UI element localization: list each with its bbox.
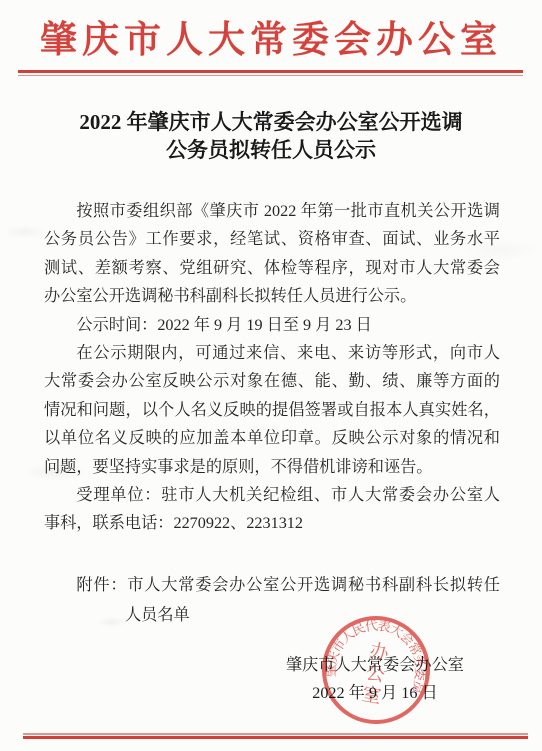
seal-center-char-2: 公 bbox=[364, 662, 386, 686]
divider-thick-line bbox=[23, 736, 528, 739]
paragraph-line: 情况和问题，以个人名义反映的提倡签署或自报本人真实姓名， bbox=[44, 396, 500, 424]
accepting-unit-line: 受理单位：驻市人大机关纪检组、市人大常委会办公室人 bbox=[44, 481, 500, 509]
paragraph-line: 测试、差额考察、党组研究、体检等程序，现对市人大常委会 bbox=[44, 254, 500, 282]
divider-thick-line bbox=[18, 70, 523, 73]
document-title-line-2: 公务员拟转任人员公示 bbox=[0, 136, 542, 164]
letterhead-org-name: 肇庆市人大常委会办公室 bbox=[0, 18, 542, 64]
paragraph-line: 问题，要坚持实事求是的原则，不得借机诽谤和诬告。 bbox=[44, 453, 500, 481]
contact-phone-line: 事科，联系电话：2270922、2231312 bbox=[44, 509, 500, 537]
attachment-line-1: 附件：市人大常委会办公室公开选调秘书科副科长拟转任 bbox=[44, 570, 500, 600]
seal-center-char-3: 室 bbox=[360, 683, 383, 708]
footer-divider bbox=[23, 733, 528, 739]
paragraph-line: 大常委会办公室反映公示对象在德、能、勤、绩、廉等方面的 bbox=[44, 367, 500, 395]
official-seal-stamp: 肇庆市人民代表大会常务委员会 办 公 室 bbox=[314, 608, 438, 732]
publicity-period-line: 公示时间：2022 年 9 月 19 日至 9 月 23 日 bbox=[44, 311, 500, 339]
document-title: 2022 年肇庆市人大常委会办公室公开选调 公务员拟转任人员公示 bbox=[0, 108, 542, 164]
paragraph-line: 在公示期限内，可通过来信、来电、来访等形式，向市人 bbox=[44, 339, 500, 367]
divider-thin-line bbox=[23, 733, 528, 735]
document-body: 按照市委组织部《肇庆市 2022 年第一批市直机关公开选调 公务员公告》工作要求… bbox=[44, 197, 500, 538]
divider-thin-line bbox=[18, 75, 523, 77]
paragraph-line: 按照市委组织部《肇庆市 2022 年第一批市直机关公开选调 bbox=[44, 197, 500, 225]
document-page: 肇庆市人大常委会办公室 2022 年肇庆市人大常委会办公室公开选调 公务员拟转任… bbox=[0, 0, 542, 751]
paragraph-line: 办公室公开选调秘书科副科长拟转任人员进行公示。 bbox=[44, 282, 500, 310]
document-title-line-1: 2022 年肇庆市人大常委会办公室公开选调 bbox=[0, 108, 542, 136]
seal-center-char-1: 办 bbox=[368, 640, 392, 665]
paragraph-line: 公务员公告》工作要求，经笔试、资格审查、面试、业务水平 bbox=[44, 225, 500, 253]
paragraph-line: 以单位名义反映的应加盖本单位印章。反映公示对象的情况和 bbox=[44, 424, 500, 452]
letterhead-divider bbox=[18, 70, 523, 76]
